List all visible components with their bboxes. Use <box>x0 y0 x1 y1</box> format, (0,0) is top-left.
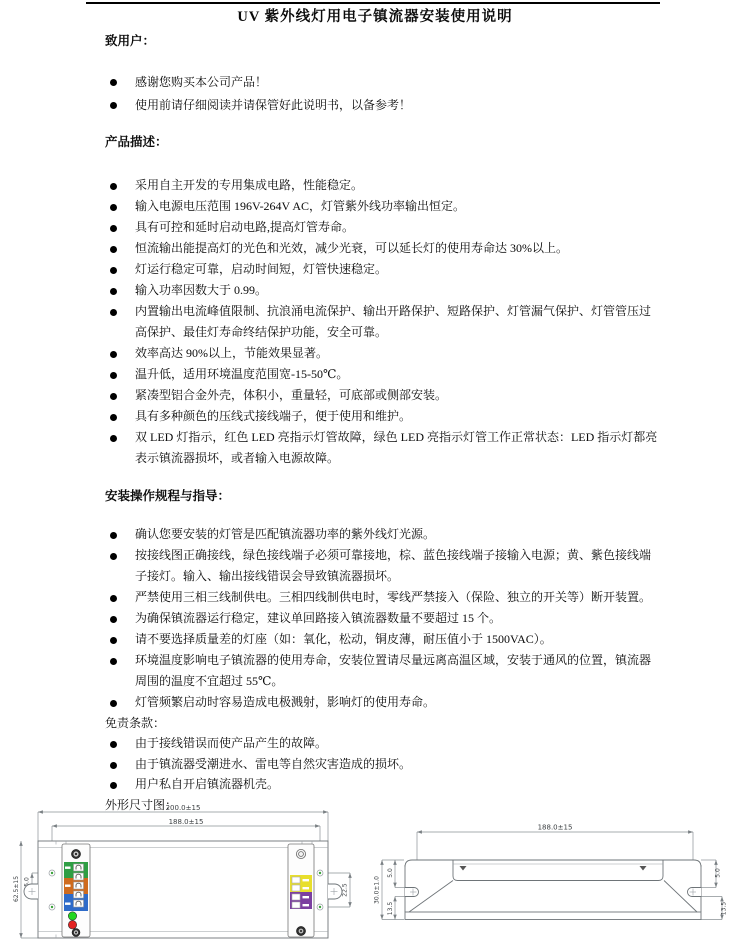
bullet-item: 按接线图正确接线，绿色接线端子必须可靠接地，棕、蓝色接线端子接输入电源；黄、紫色… <box>105 545 659 587</box>
bullet-item: 紧凑型铝合金外壳，体积小，重量轻，可底部或侧部安装。 <box>105 385 659 406</box>
screw-icon <box>296 926 305 935</box>
bullet-icon <box>110 267 117 274</box>
dim-height-label: 30.0±1.0 <box>374 876 381 904</box>
bullet-text: 双 LED 灯指示，红色 LED 亮指示灯管故障，绿色 LED 亮指示灯管工作正… <box>135 430 657 465</box>
bullet-icon <box>110 309 117 316</box>
bullet-item: 感谢您购买本公司产品！ <box>105 71 659 94</box>
bullet-icon <box>110 532 117 539</box>
bullet-item: 具有多种颜色的压线式接线端子，便于使用和维护。 <box>105 406 659 427</box>
bullet-icon <box>110 762 117 769</box>
bullet-text: 请不要选择质量差的灯座（如：氧化，松动，铜皮薄，耐压值小于 1500VAC）。 <box>135 632 552 646</box>
document-body: 致用户： 感谢您购买本公司产品！ 使用前请仔细阅读并请保管好此说明书，以备参考！… <box>0 33 750 815</box>
bullet-icon <box>110 183 117 190</box>
bullet-text: 环境温度影响电子镇流器的使用寿命，安装位置请尽量远离高温区域，安装于通风的位置，… <box>135 653 651 688</box>
channel-notch-icon <box>460 866 467 871</box>
section-heading: 安装操作规程与指导： <box>105 488 750 504</box>
section-disclaimer: 免责条款： 由于接线错误而使产品产生的故障。 由于镇流器受潮进水、雷电等自然灾害… <box>105 713 750 795</box>
bullet-item: 使用前请仔细阅读并请保管好此说明书，以备参考！ <box>105 94 659 117</box>
bullet-icon <box>110 595 117 602</box>
mounting-channel <box>453 860 663 881</box>
bullet-icon <box>110 658 117 665</box>
bullet-icon <box>110 351 117 358</box>
dim-mounting-length-label: 188.0±15 <box>169 818 204 826</box>
bullet-icon <box>110 414 117 421</box>
page-top-border <box>86 2 660 4</box>
output-terminal-block <box>288 844 314 937</box>
bullet-text: 用户私自开启镇流器机壳。 <box>135 777 279 791</box>
bullet-item: 效率高达 90%以上，节能效果显著。 <box>105 343 659 364</box>
bullet-text: 由于镇流器受潮进水、雷电等自然灾害造成的损坏。 <box>135 757 411 771</box>
screw-icon <box>71 849 80 858</box>
dim-flange-offset-label: 13.5 <box>721 902 728 916</box>
bullet-item: 由于镇流器受潮进水、雷电等自然灾害造成的损坏。 <box>105 754 659 775</box>
mounting-slot-left <box>405 888 419 897</box>
bullet-item: 输入功率因数大于 0.99。 <box>105 280 659 301</box>
dim-width-label: 62.5±15 <box>13 876 20 902</box>
dim-hole-spacing-label: 22.5 <box>342 883 349 897</box>
bullet-item: 为确保镇流器运行稳定，建议单回路接入镇流器数量不要超过 15 个。 <box>105 608 659 629</box>
bullet-icon <box>110 204 117 211</box>
bullet-icon <box>110 79 117 86</box>
bullet-list: 感谢您购买本公司产品！ 使用前请仔细阅读并请保管好此说明书，以备参考！ <box>105 71 750 117</box>
bullet-item: 内置输出电流峰值限制、抗浪涌电流保护、输出开路保护、短路保护、灯管漏气保护、灯管… <box>105 301 659 343</box>
bullet-icon <box>110 782 117 789</box>
bullet-list: 由于接线错误而使产品产生的故障。 由于镇流器受潮进水、雷电等自然灾害造成的损坏。… <box>105 733 750 795</box>
bullet-item: 灯运行稳定可靠，启动时间短，灯管快速稳定。 <box>105 259 659 280</box>
screw-icon <box>296 849 305 858</box>
bullet-item: 请不要选择质量差的灯座（如：氧化，松动，铜皮薄，耐压值小于 1500VAC）。 <box>105 629 659 650</box>
section-heading: 产品描述： <box>105 134 750 150</box>
bullet-icon <box>110 435 117 442</box>
mounting-slot-right <box>328 884 342 899</box>
bullet-item: 环境温度影响电子镇流器的使用寿命，安装位置请尽量远离高温区域，安装于通风的位置，… <box>105 650 659 692</box>
bullet-text: 内置输出电流峰值限制、抗浪涌电流保护、输出开路保护、短路保护、灯管漏气保护、灯管… <box>135 304 651 339</box>
ballast-top-view-drawing: 200.0±15 188.0±15 62.5±15 5.0 22.5 <box>8 803 372 950</box>
bullet-icon <box>110 102 117 109</box>
bullet-text: 严禁使用三相三线制供电。三相四线制供电时，零线严禁接入（保险、独立的开关等）断开… <box>135 590 651 604</box>
bullet-text: 输入功率因数大于 0.99。 <box>135 283 267 297</box>
mounting-slot-right <box>688 888 702 897</box>
bullet-text: 具有可控和延时启动电路,提高灯管寿命。 <box>135 220 354 234</box>
bullet-text: 感谢您购买本公司产品！ <box>135 75 267 89</box>
bullet-icon <box>110 700 117 707</box>
bullet-text: 紧凑型铝合金外壳，体积小，重量轻，可底部或侧部安装。 <box>135 388 447 402</box>
bullet-list: 采用自主开发的专用集成电路，性能稳定。 输入电源电压范围 196V-264V A… <box>105 175 750 469</box>
section-to-users: 致用户： 感谢您购买本公司产品！ 使用前请仔细阅读并请保管好此说明书，以备参考！ <box>105 33 750 117</box>
bullet-item: 用户私自开启镇流器机壳。 <box>105 774 659 795</box>
bullet-text: 恒流输出能提高灯的光色和光效，减少光衰，可以延长灯的使用寿命达 30%以上。 <box>135 241 568 255</box>
bullet-icon <box>110 225 117 232</box>
bullet-item: 确认您要安装的灯管是匹配镇流器功率的紫外线灯光源。 <box>105 524 659 545</box>
bullet-text: 确认您要安装的灯管是匹配镇流器功率的紫外线灯光源。 <box>135 527 435 541</box>
section-heading: 免责条款： <box>105 713 750 733</box>
screw-icon <box>72 929 80 937</box>
bullet-icon <box>110 637 117 644</box>
bullet-list: 确认您要安装的灯管是匹配镇流器功率的紫外线灯光源。 按接线图正确接线，绿色接线端… <box>105 524 750 713</box>
bullet-item: 输入电源电压范围 196V-264V AC，灯管紫外线功率输出恒定。 <box>105 196 659 217</box>
bullet-icon <box>110 372 117 379</box>
mounting-slot-left <box>24 884 38 899</box>
dim-top-offset-label: 5.0 <box>715 868 722 878</box>
bullet-item: 双 LED 灯指示，红色 LED 亮指示灯管故障，绿色 LED 亮指示灯管工作正… <box>105 427 659 469</box>
channel-notch-icon <box>640 866 647 871</box>
bullet-item: 采用自主开发的专用集成电路，性能稳定。 <box>105 175 659 196</box>
bullet-icon <box>110 616 117 623</box>
bullet-item: 严禁使用三相三线制供电。三相四线制供电时，零线严禁接入（保险、独立的开关等）断开… <box>105 587 659 608</box>
section-installation-guide: 安装操作规程与指导： 确认您要安装的灯管是匹配镇流器功率的紫外线灯光源。 按接线… <box>105 488 750 713</box>
bullet-text: 灯运行稳定可靠，启动时间短，灯管快速稳定。 <box>135 262 387 276</box>
ballast-side-view-drawing: 188.0±15 30.0±1.0 5.0 13.5 5.0 13.5 <box>372 803 746 950</box>
bullet-text: 由于接线错误而使产品产生的故障。 <box>135 736 327 750</box>
red-led-indicator <box>68 921 76 929</box>
bullet-text: 按接线图正确接线，绿色接线端子必须可靠接地，棕、蓝色接线端子接输入电源；黄、紫色… <box>135 548 651 583</box>
document-page: UV 紫外线灯用电子镇流器安装使用说明 致用户： 感谢您购买本公司产品！ 使用前… <box>0 0 750 950</box>
bullet-icon <box>110 246 117 253</box>
dim-flange-offset-label: 13.5 <box>387 902 394 916</box>
dim-top-offset-label: 5.0 <box>387 868 394 878</box>
bullet-item: 由于接线错误而使产品产生的故障。 <box>105 733 659 754</box>
section-product-description: 产品描述： 采用自主开发的专用集成电路，性能稳定。 输入电源电压范围 196V-… <box>105 134 750 469</box>
bullet-text: 输入电源电压范围 196V-264V AC，灯管紫外线功率输出恒定。 <box>135 199 465 213</box>
input-terminal-block <box>62 844 90 937</box>
bullet-icon <box>110 553 117 560</box>
bullet-text: 效率高达 90%以上，节能效果显著。 <box>135 346 328 360</box>
dimension-lines <box>382 832 722 920</box>
bullet-text: 使用前请仔细阅读并请保管好此说明书，以备参考！ <box>135 98 411 112</box>
bullet-text: 温升低，适用环境温度范围宽-15-50℃。 <box>135 367 348 381</box>
bullet-icon <box>110 288 117 295</box>
green-led-indicator <box>68 912 76 920</box>
page-title: UV 紫外线灯用电子镇流器安装使用说明 <box>0 0 750 27</box>
bullet-item: 恒流输出能提高灯的光色和光效，减少光衰，可以延长灯的使用寿命达 30%以上。 <box>105 238 659 259</box>
bullet-text: 灯管频繁启动时容易造成电极溅射，影响灯的使用寿命。 <box>135 695 435 709</box>
bullet-item: 具有可控和延时启动电路,提高灯管寿命。 <box>105 217 659 238</box>
ballast-profile-outline <box>405 860 701 920</box>
dim-mounting-length-label: 188.0±15 <box>538 824 573 832</box>
bullet-icon <box>110 393 117 400</box>
section-heading: 致用户： <box>105 33 750 49</box>
dim-overall-length-label: 200.0±15 <box>166 804 201 812</box>
bullet-text: 具有多种颜色的压线式接线端子，便于使用和维护。 <box>135 409 411 423</box>
bullet-text: 为确保镇流器运行稳定，建议单回路接入镇流器数量不要超过 15 个。 <box>135 611 501 625</box>
bullet-item: 灯管频繁启动时容易造成电极溅射，影响灯的使用寿命。 <box>105 692 659 713</box>
bullet-item: 温升低，适用环境温度范围宽-15-50℃。 <box>105 364 659 385</box>
bullet-text: 采用自主开发的专用集成电路，性能稳定。 <box>135 178 363 192</box>
bullet-icon <box>110 741 117 748</box>
